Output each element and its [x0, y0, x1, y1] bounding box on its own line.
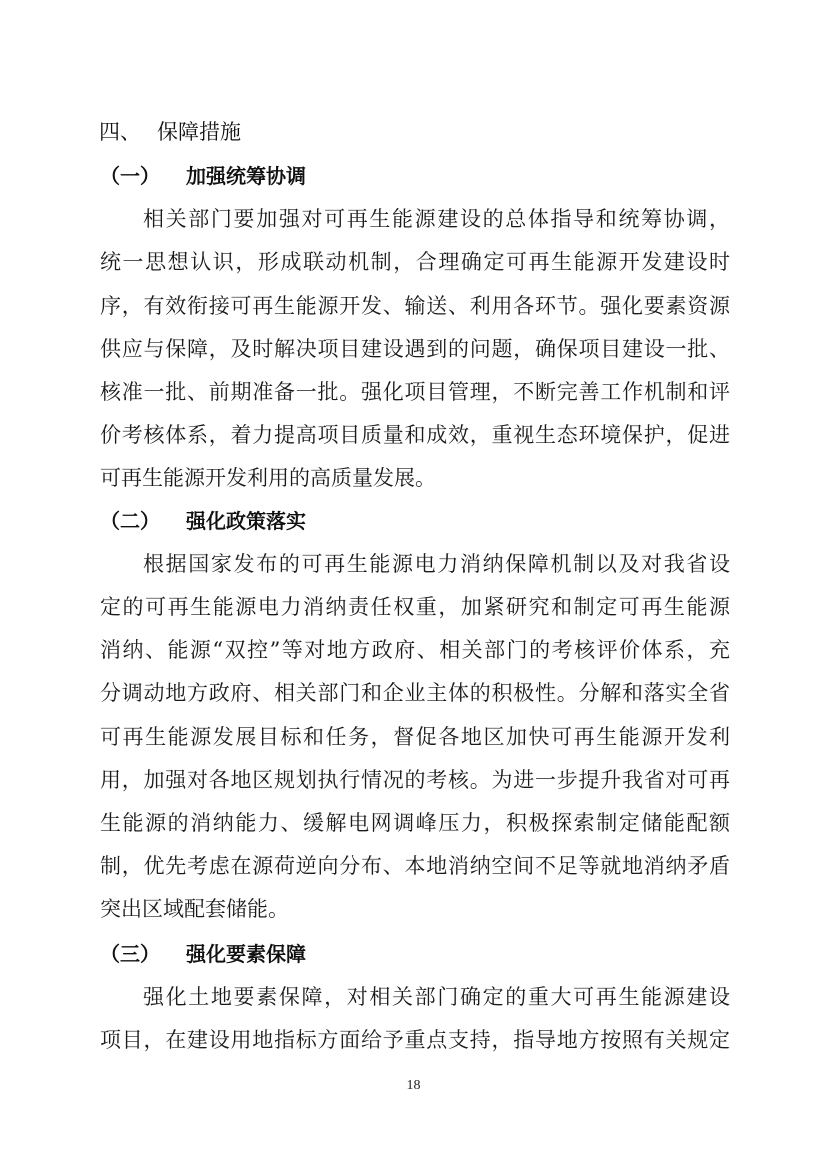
paragraph-line: 可再生能源发展目标和任务，督促各地区加快可再生能源开发利	[100, 721, 730, 753]
paragraph-line: 序，有效衔接可再生能源开发、输送、利用各环节。强化要素资源	[100, 290, 730, 322]
paragraph-line: 用，加强对各地区规划执行情况的考核。为进一步提升我省对可再	[100, 764, 730, 796]
section-number: 四、	[99, 116, 157, 148]
subsection-heading-2: （二）强化政策落实	[100, 505, 306, 537]
paragraph-line: 可再生能源开发利用的高质量发展。	[100, 462, 730, 494]
subsection-number: （三）	[100, 938, 186, 970]
paragraph-line: 项目，在建设用地指标方面给予重点支持，指导地方按照有关规定	[100, 1024, 730, 1056]
subsection-number: （一）	[100, 160, 186, 192]
subsection-heading-3: （三）强化要素保障	[100, 938, 306, 970]
subsection-heading-1: （一）加强统筹协调	[100, 160, 306, 192]
paragraph-line: 生能源的消纳能力、缓解电网调峰压力，积极探索制定储能配额	[100, 807, 730, 839]
subsection-title: 强化政策落实	[186, 509, 306, 533]
paragraph-line: 制，优先考虑在源荷逆向分布、本地消纳空间不足等就地消纳矛盾	[100, 850, 730, 882]
document-page: 四、保障措施 （一）加强统筹协调 相关部门要加强对可再生能源建设的总体指导和统筹…	[0, 0, 827, 1169]
subsection-number: （二）	[100, 505, 186, 537]
paragraph-line: 核准一批、前期准备一批。强化项目管理，不断完善工作机制和评	[100, 376, 730, 408]
paragraph-line: 突出区域配套储能。	[100, 893, 730, 925]
section-heading: 四、保障措施	[99, 116, 241, 148]
paragraph-line: 统一思想认识，形成联动机制，合理确定可再生能源开发建设时	[100, 246, 730, 278]
page-number: 18	[0, 1078, 827, 1094]
subsection-title: 加强统筹协调	[186, 164, 306, 188]
paragraph-line: 分调动地方政府、相关部门和企业主体的积极性。分解和落实全省	[100, 677, 730, 709]
subsection-title: 强化要素保障	[186, 942, 306, 966]
paragraph-line: 根据国家发布的可再生能源电力消纳保障机制以及对我省设	[143, 548, 730, 580]
paragraph-line: 强化土地要素保障，对相关部门确定的重大可再生能源建设	[143, 981, 730, 1013]
paragraph-line: 供应与保障，及时解决项目建设遇到的问题，确保项目建设一批、	[100, 333, 730, 365]
paragraph-line: 相关部门要加强对可再生能源建设的总体指导和统筹协调，	[143, 203, 730, 235]
section-title: 保障措施	[157, 120, 241, 144]
paragraph-line: 消纳、能源“双控”等对地方政府、相关部门的考核评价体系，充	[100, 634, 730, 666]
paragraph-line: 价考核体系，着力提高项目质量和成效，重视生态环境保护，促进	[100, 419, 730, 451]
paragraph-line: 定的可再生能源电力消纳责任权重，加紧研究和制定可再生能源	[100, 591, 730, 623]
